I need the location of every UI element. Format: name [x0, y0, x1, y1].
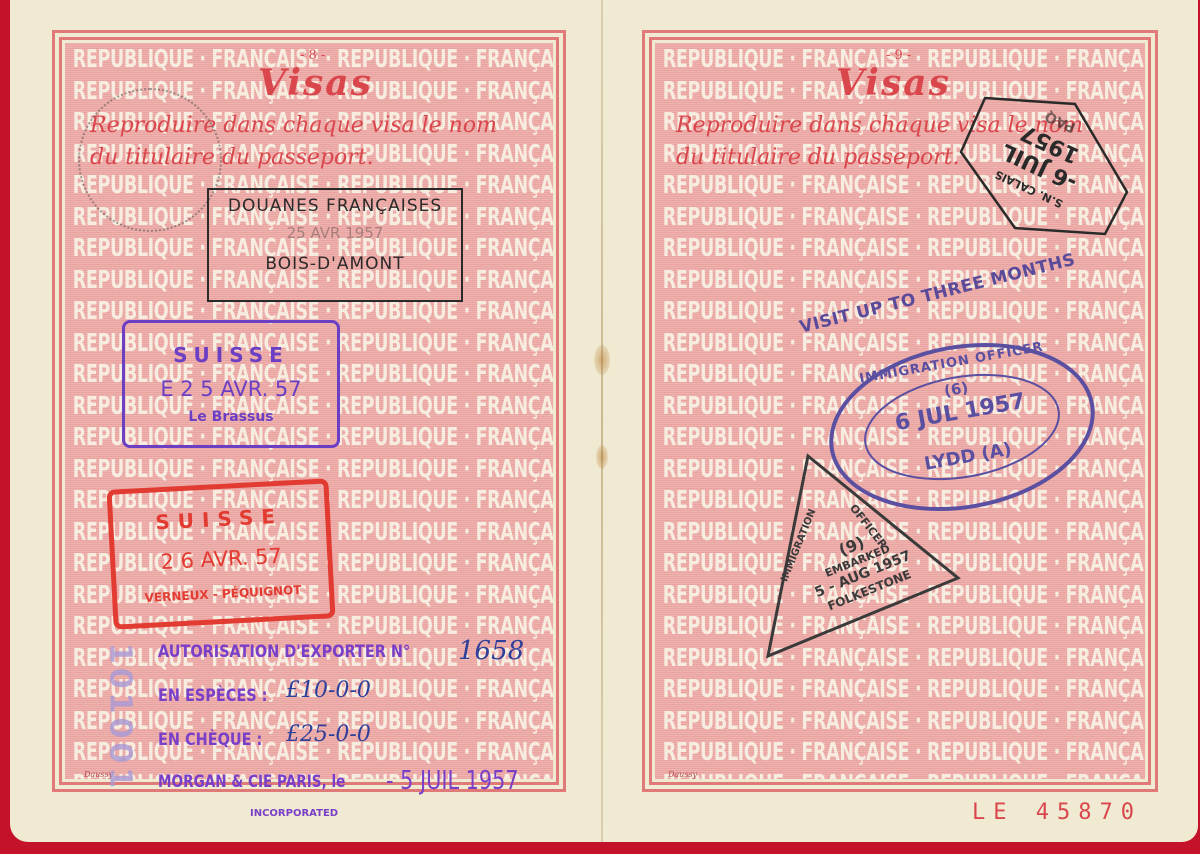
faded-postmark [78, 88, 222, 232]
page-number: - 8 - [300, 48, 325, 63]
swiss-entry-country: SUISSE [173, 343, 289, 367]
pattern-line: REPUBLIQUE · FRANÇAISE · REPUBLIQUE · FR… [655, 705, 1037, 737]
page-fold [601, 0, 603, 842]
swiss-exit-stamp: SUISSE 2 6 AVR. 57 VERNEUX - PÉQUIGNOT [106, 478, 335, 629]
passport-serial-number: LE 45870 [972, 800, 1142, 825]
cash-label: EN ESPÈCES : [158, 686, 267, 706]
swiss-entry-date: E 2 5 AVR. 57 [160, 377, 301, 401]
pattern-line: REPUBLIQUE · FRANÇAISE · REPUBLIQUE · FR… [65, 43, 446, 75]
swiss-exit-country: SUISSE [155, 504, 284, 535]
instructions-line-2: du titulaire du passeport. [676, 142, 960, 174]
pattern-line: REPUBLIQUE · FRANÇAISE · REPUBLIQUE · FR… [65, 453, 446, 485]
export-date: - 5 JUIL 1957 [386, 766, 519, 796]
visas-title: Visas [836, 62, 951, 104]
visas-title: Visas [258, 62, 373, 104]
pattern-line: REPUBLIQUE · FRANÇAISE · REPUBLIQUE · FR… [655, 736, 1037, 768]
pattern-line: REPUBLIQUE · FRANÇAISE · REPUBLIQUE · FR… [655, 768, 1037, 780]
page-number: - 9 - [886, 48, 911, 63]
rust-stain [596, 445, 608, 469]
export-number: 1658 [458, 636, 524, 666]
customs-line-1: DOUANES FRANÇAISES [209, 196, 461, 216]
cheque-label: EN CHÈQUE : [158, 730, 262, 750]
cash-value: £10-0-0 [286, 678, 371, 703]
cheque-value: £25-0-0 [286, 722, 371, 747]
customs-date: 25 AVR 1957 [209, 224, 461, 242]
rust-stain [594, 345, 610, 375]
printer-mark: Daussy [668, 770, 697, 779]
french-customs-stamp: DOUANES FRANÇAISES 25 AVR 1957 BOIS-D'AM… [207, 188, 463, 302]
customs-place: BOIS-D'AMONT [209, 254, 461, 274]
pattern-line: REPUBLIQUE · FRANÇAISE · REPUBLIQUE · FR… [655, 673, 1037, 705]
swiss-exit-place: VERNEUX - PÉQUIGNOT [144, 583, 302, 605]
swiss-entry-stamp: SUISSE E 2 5 AVR. 57 Le Brassus [122, 320, 340, 448]
bank-name: MORGAN & CIE PARIS, le [158, 772, 345, 792]
export-title: AUTORISATION D'EXPORTER N° [158, 642, 410, 662]
swiss-exit-date: 2 6 AVR. 57 [160, 544, 282, 574]
swiss-entry-place: Le Brassus [188, 409, 273, 425]
incorporated-label: INCORPORATED [250, 808, 338, 819]
vertical-faded-stamp: 101001 [103, 638, 138, 798]
